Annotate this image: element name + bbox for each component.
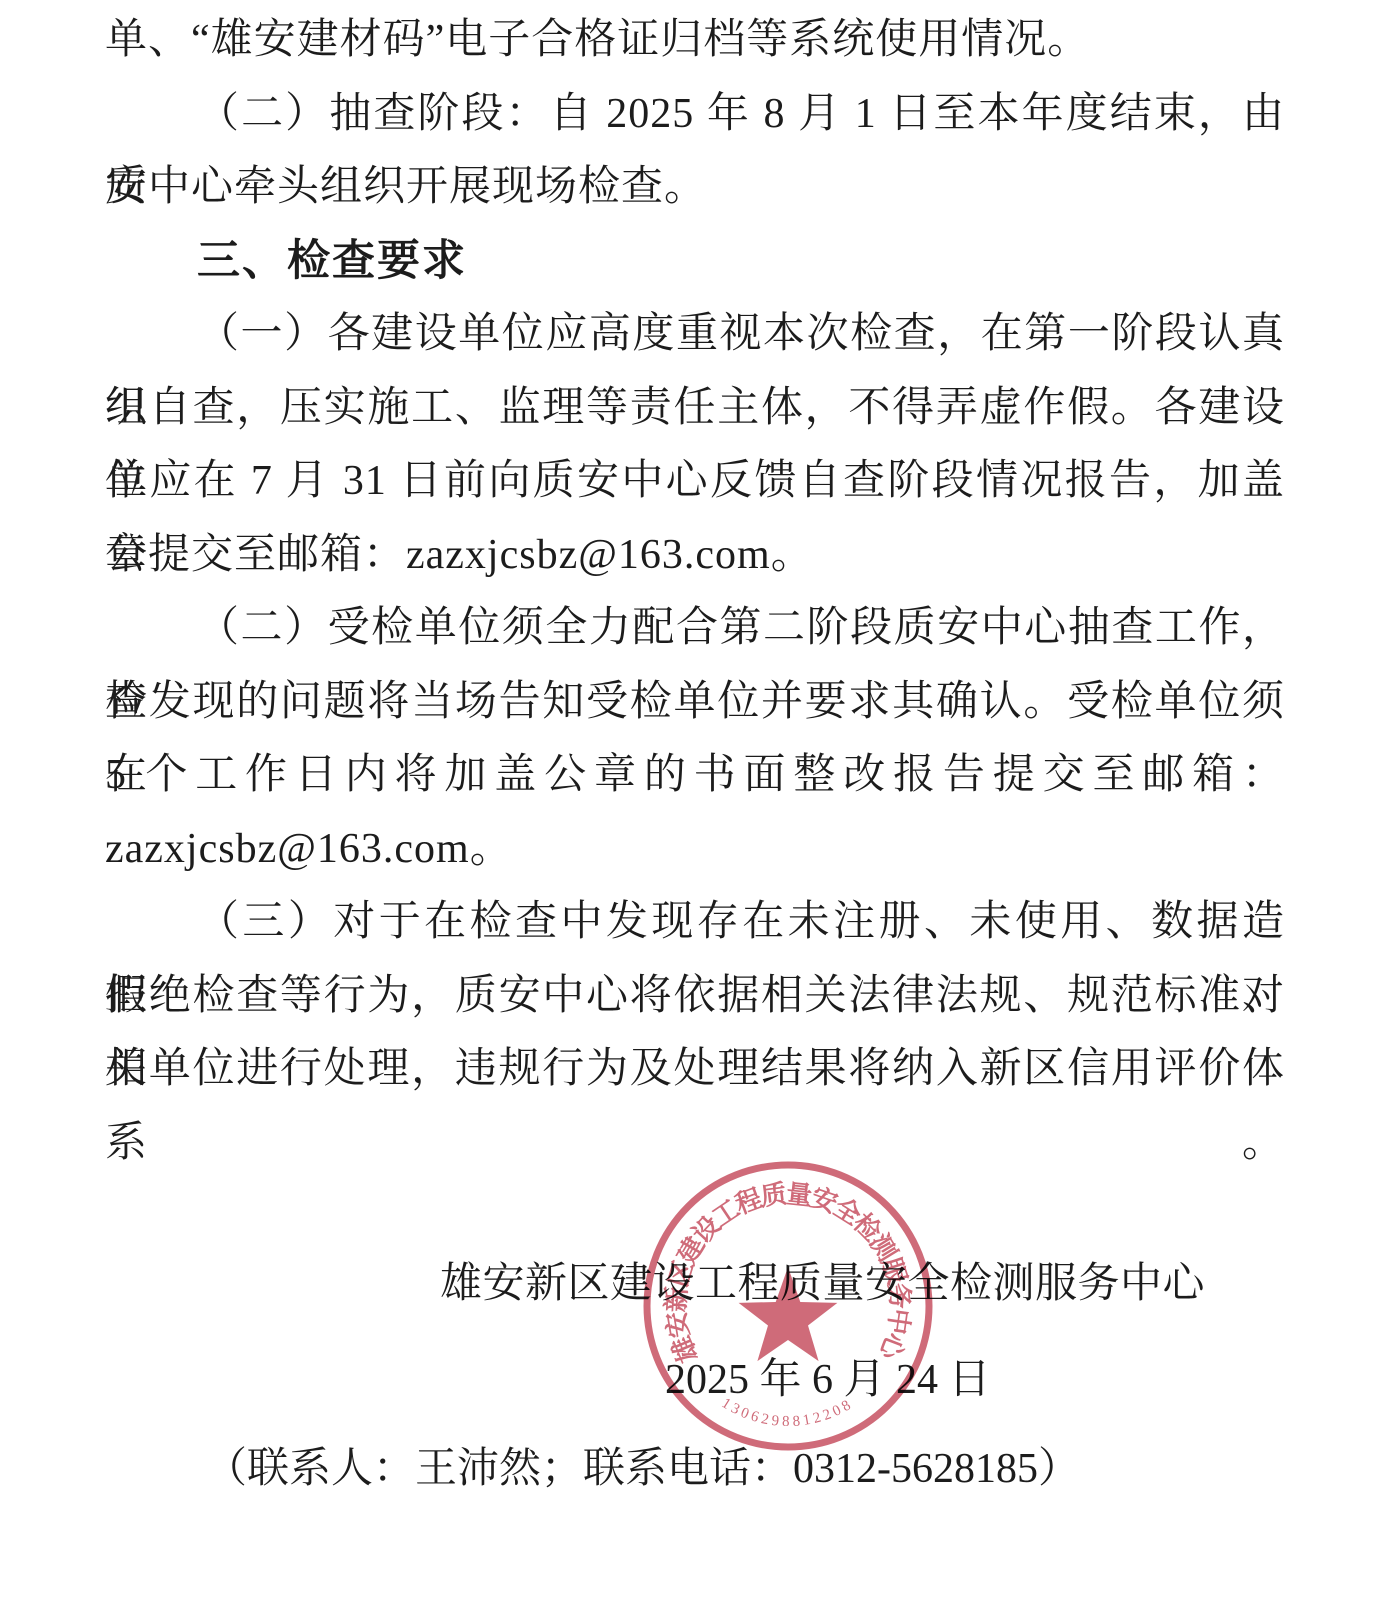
- body-line: （三）对于在检查中发现存在未注册、未使用、数据造假、: [105, 886, 1285, 960]
- body-line: （二）抽查阶段：自 2025 年 8 月 1 日至本年度结束，由质: [105, 78, 1285, 152]
- body-line: 5 个工作日内将加盖公章的书面整改报告提交至邮箱：: [105, 739, 1285, 813]
- official-seal: 雄安新区建设工程质量安全检测服务中心 1306298812208: [638, 1156, 938, 1456]
- body-line: 章提交至邮箱：zazxjcsbz@163.com。: [105, 519, 1285, 593]
- body-line: 拒绝检查等行为，质安中心将依据相关法律法规、规范标准对相: [105, 960, 1285, 1034]
- document-body: 单、“雄安建材码”电子合格证归档等系统使用情况。（二）抽查阶段：自 2025 年…: [105, 4, 1285, 1107]
- body-line: （二）受检单位须全力配合第二阶段质安中心抽查工作，检: [105, 592, 1285, 666]
- section-heading: 三、检查要求: [105, 225, 1285, 299]
- body-line: zazxjcsbz@163.com。: [105, 813, 1285, 887]
- body-line: （一）各建设单位应高度重视本次检查，在第一阶段认真组: [105, 298, 1285, 372]
- body-line: 单、“雄安建材码”电子合格证归档等系统使用情况。: [105, 4, 1285, 78]
- document-page: 单、“雄安建材码”电子合格证归档等系统使用情况。（二）抽查阶段：自 2025 年…: [0, 0, 1387, 1601]
- seal-code: 1306298812208: [719, 1395, 856, 1430]
- body-line: 位应在 7 月 31 日前向质安中心反馈自查阶段情况报告，加盖公: [105, 445, 1285, 519]
- body-line: 查发现的问题将当场告知受检单位并要求其确认。受检单位须在: [105, 666, 1285, 740]
- svg-text:1306298812208: 1306298812208: [719, 1395, 856, 1430]
- body-line: 关单位进行处理，违规行为及处理结果将纳入新区信用评价体系。: [105, 1033, 1285, 1107]
- body-line: 安中心牵头组织开展现场检查。: [105, 151, 1285, 225]
- body-line: 织自查，压实施工、监理等责任主体，不得弄虚作假。各建设单: [105, 372, 1285, 446]
- seal-star-icon: [739, 1267, 838, 1361]
